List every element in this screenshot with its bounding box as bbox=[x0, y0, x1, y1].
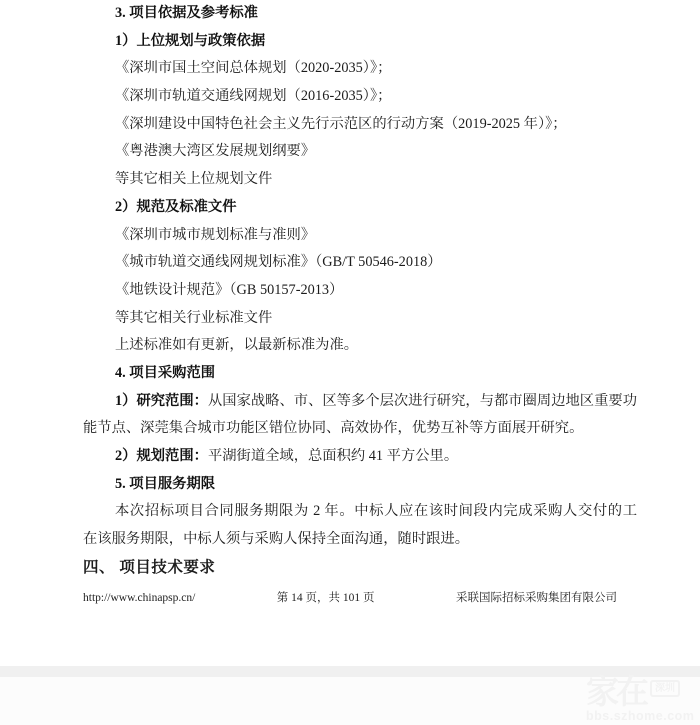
footer-page-number: 第 14 页，共 101 页 bbox=[277, 591, 375, 606]
reference-shenzhen-land-plan: 《深圳市国土空间总体规划（2020-2035）》； bbox=[83, 55, 637, 83]
reference-pilot-zone-action-plan: 《深圳建设中国特色社会主义先行示范区的行动方案（2019-2025 年）》； bbox=[83, 111, 637, 139]
heading-project-basis: 3. 项目依据及参考标准 bbox=[83, 0, 637, 28]
heading-service-period: 5. 项目服务期限 bbox=[83, 471, 637, 499]
reference-greater-bay-outline: 《粤港澳大湾区发展规划纲要》 bbox=[83, 138, 637, 166]
heading-technical-requirements: 四、 项目技术要求 bbox=[83, 554, 637, 582]
document-body: 3. 项目依据及参考标准 1）上位规划与政策依据 《深圳市国土空间总体规划（20… bbox=[83, 0, 637, 581]
planning-scope-label: 2）规划范围： bbox=[115, 448, 208, 464]
note-other-upper-plans: 等其它相关上位规划文件 bbox=[83, 166, 637, 194]
note-latest-standard-prevails: 上述标准如有更新，以最新标准为准。 bbox=[83, 332, 637, 360]
szhome-watermark: 家在 深圳 bbs.szhome.com bbox=[586, 675, 698, 723]
watermark-badge: 深圳 bbox=[650, 680, 680, 697]
reference-city-planning-standards: 《深圳市城市规划标准与准则》 bbox=[83, 222, 637, 250]
watermark-row: 家在 深圳 bbox=[586, 675, 698, 708]
watermark-logo-text: 家在 bbox=[586, 675, 646, 708]
subheading-upper-planning: 1）上位规划与政策依据 bbox=[83, 28, 637, 56]
reference-metro-design-code-gb: 《地铁设计规范》（GB 50157-2013） bbox=[83, 277, 637, 305]
footer-url: http://www.chinapsp.cn/ bbox=[83, 591, 195, 606]
research-scope-text: 从国家战略、市、区等多个层次进行研究，与都市圈周边地区重要功 bbox=[208, 393, 637, 409]
footer-company: 采联国际招标采购集团有限公司 bbox=[456, 591, 617, 606]
paragraph-planning-scope: 2）规划范围：平湖街道全域，总面积约 41 平方公里。 bbox=[83, 443, 637, 471]
subheading-standards-documents: 2）规范及标准文件 bbox=[83, 194, 637, 222]
watermark-site-url: bbs.szhome.com bbox=[586, 709, 698, 723]
page-footer: http://www.chinapsp.cn/ 第 14 页，共 101 页 采… bbox=[0, 591, 700, 606]
reference-rail-network-plan: 《深圳市轨道交通线网规划（2016-2035）》； bbox=[83, 83, 637, 111]
reference-rail-planning-standard-gbt: 《城市轨道交通线网规划标准》（GB/T 50546-2018） bbox=[83, 249, 637, 277]
bottom-margin-area: 家在 深圳 bbs.szhome.com bbox=[0, 677, 700, 725]
paragraph-service-period-line1: 本次招标项目合同服务期限为 2 年。中标人应在该时间段内完成采购人交付的工作。 bbox=[83, 498, 637, 526]
planning-scope-text: 平湖街道全域，总面积约 41 平方公里。 bbox=[208, 448, 458, 464]
document-page: 3. 项目依据及参考标准 1）上位规划与政策依据 《深圳市国土空间总体规划（20… bbox=[0, 0, 700, 725]
heading-procurement-scope: 4. 项目采购范围 bbox=[83, 360, 637, 388]
paragraph-research-scope-line1: 1）研究范围：从国家战略、市、区等多个层次进行研究，与都市圈周边地区重要功 bbox=[83, 388, 637, 416]
paragraph-service-period-line2: 在该服务期限，中标人须与采购人保持全面沟通，随时跟进。 bbox=[83, 526, 637, 554]
research-scope-label: 1）研究范围： bbox=[115, 393, 208, 409]
note-other-industry-standards: 等其它相关行业标准文件 bbox=[83, 305, 637, 333]
paragraph-research-scope-line2: 能节点、深莞集合城市功能区错位协同、高效协作，优势互补等方面展开研究。 bbox=[83, 415, 637, 443]
